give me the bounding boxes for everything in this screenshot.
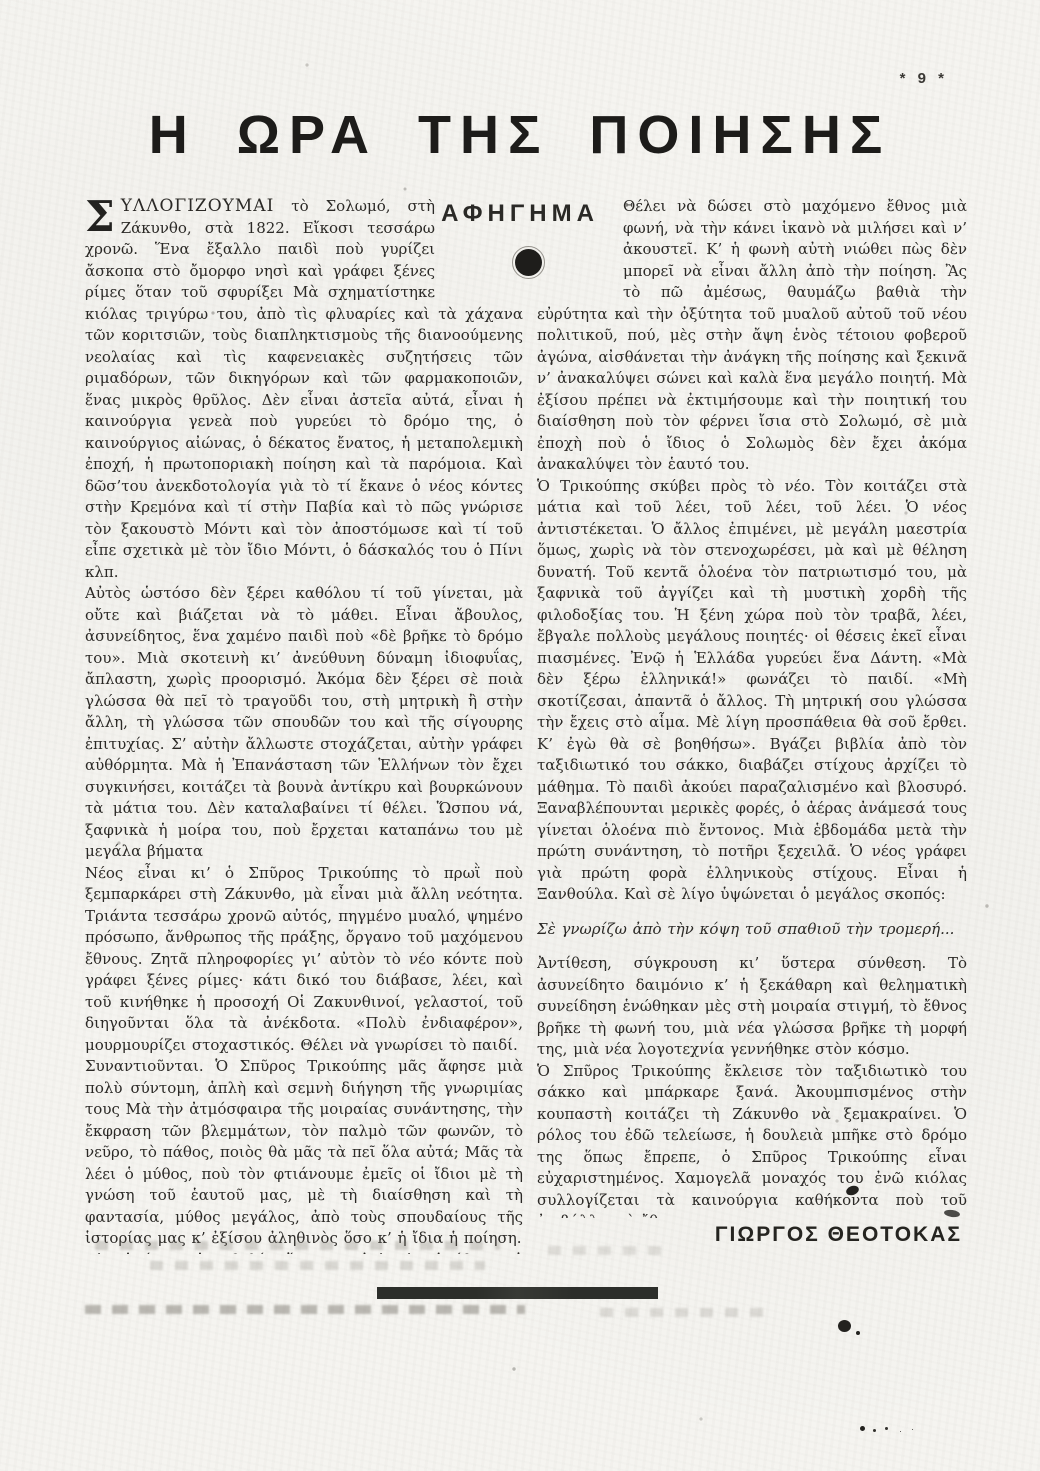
left-column: ΣΥΛΛΟΓΙΖΟΥΜΑΙ τὸ Σολωμό, στὴ Ζάκυνθο, στ… [85,196,523,1254]
article-title: Η ΩΡΑ ΤΗΣ ΠΟΙΗΣΗΣ [0,104,1040,166]
paragraph-lead: ΣΥΛΛΟΓΙΖΟΥΜΑΙ τὸ Σολωμό, στὴ Ζάκυνθο, στ… [85,196,523,583]
bleed-through-artifact [600,1308,775,1317]
paragraph: Ὁ Τρικούπης σκύβει πρὸς τὸ νέο. Τὸν κοιτ… [537,476,967,906]
paragraph: Ἀντίθεση, σύγκρουση κι’ ὕστερα σύνθεση. … [537,953,967,1061]
paragraph: Νέος εἶναι κι’ ὁ Σπῦρος Τρικούπης τὸ πρω… [85,863,523,1057]
redaction-bar [377,1287,658,1299]
paragraph: Θέλει νὰ δώσει στὸ μαχόμενο ἔθνος μιὰ φω… [537,196,967,476]
drop-cap: Σ [85,196,121,236]
page-number: * 9 * [900,70,948,87]
lead-word: ΥΛΛΟΓΙΖΟΥΜΑΙ [121,196,275,216]
label-wrap-spacer [435,196,523,286]
paragraph: Δὲν ὑπάρχει ἀμφιβολία ὅτι, σ’ αὐτὴ τὴν ὑ… [85,1250,523,1255]
ink-blot-artifact [838,1320,851,1332]
bleed-through-artifact [85,1305,525,1314]
author-signature: ΓΙΩΡΓΟΣ ΘΕΟΤΟΚΑΣ [537,1223,962,1247]
paper-speckles [0,0,2,2]
right-column: Θέλει νὰ δώσει στὸ μαχόμενο ἔθνος μιὰ φω… [537,196,967,1218]
paragraph: Συναντιοῦνται. Ὁ Σπῦρος Τρικούπης μᾶς ἄφ… [85,1056,523,1250]
paragraph: Αὐτὸς ὡστόσο δὲν ξέρει καθόλου τί τοῦ γί… [85,583,523,863]
bleed-through-artifact [548,1246,668,1255]
paragraph: Ὁ Σπῦρος Τρικούπης ἔκλεισε τὸν ταξιδιωτι… [537,1061,967,1219]
scanned-magazine-page: * 9 * Η ΩΡΑ ΤΗΣ ΠΟΙΗΣΗΣ ΑΦΗΓΗΜΑ ΣΥΛΛΟΓΙΖ… [0,0,1040,1471]
label-wrap-spacer [537,196,623,286]
bleed-through-artifact [150,1261,485,1270]
ink-blot-artifact [856,1331,860,1335]
bleed-through-artifact [95,1241,500,1250]
ink-dots-artifact [860,1426,865,1431]
verse-line: Σὲ γνωρίζω ἀπὸ τὴν κόψη τοῦ σπαθιοῦ τὴν … [537,919,967,941]
